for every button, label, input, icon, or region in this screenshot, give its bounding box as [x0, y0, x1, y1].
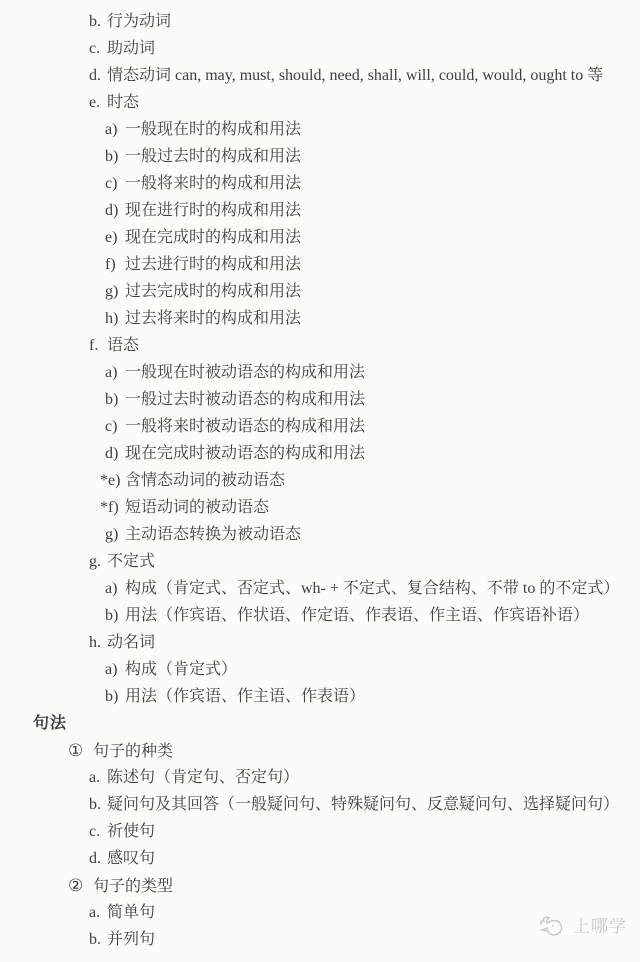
list-item: c.助动词	[0, 35, 640, 62]
line-text: 过去完成时的构成和用法	[125, 283, 301, 300]
line-marker: h)	[105, 305, 125, 332]
line-marker: d.	[89, 845, 107, 872]
list-item: b)一般过去时被动语态的构成和用法	[0, 386, 640, 413]
list-item: d)现在进行时的构成和用法	[0, 197, 640, 224]
line-text: 行为动词	[107, 13, 171, 30]
line-marker: a)	[105, 575, 125, 602]
line-text: 助动词	[107, 40, 155, 57]
list-item: e)现在完成时的构成和用法	[0, 224, 640, 251]
line-marker: a.	[89, 764, 107, 791]
document-page: b.行为动词c.助动词d.情态动词 can, may, must, should…	[0, 0, 640, 962]
line-text: 含情态动词的被动语态	[125, 472, 285, 489]
line-marker: c.	[89, 35, 107, 62]
line-text: 一般现在时的构成和用法	[125, 121, 301, 138]
line-marker: f)	[105, 251, 125, 278]
list-item: b)用法（作宾语、作状语、作定语、作表语、作主语、作宾语补语）	[0, 602, 640, 629]
list-item: d.情态动词 can, may, must, should, need, sha…	[0, 62, 640, 89]
line-text: 句法	[33, 715, 67, 732]
line-marker: b)	[105, 602, 125, 629]
line-text: 主动语态转换为被动语态	[125, 526, 301, 543]
line-marker: b.	[89, 926, 107, 953]
line-marker: b)	[105, 386, 125, 413]
list-item: *e)含情态动词的被动语态	[0, 467, 640, 494]
list-item: f.语态	[0, 332, 640, 359]
line-text: 一般将来时被动语态的构成和用法	[125, 418, 365, 435]
line-marker: b)	[105, 143, 125, 170]
watermark: 上哪学	[538, 913, 627, 940]
list-item: a)一般现在时被动语态的构成和用法	[0, 359, 640, 386]
line-marker: h.	[89, 629, 107, 656]
line-text: 用法（作宾语、作主语、作表语）	[125, 688, 365, 705]
line-marker: g.	[89, 548, 107, 575]
line-text: 过去进行时的构成和用法	[125, 256, 301, 273]
line-text: 过去将来时的构成和用法	[125, 310, 301, 327]
line-text: 句子的类型	[93, 878, 173, 895]
line-marker: ②	[68, 872, 93, 899]
line-text: 现在完成时的构成和用法	[125, 229, 301, 246]
line-text: 并列句	[107, 931, 155, 948]
line-marker: *f)	[100, 494, 125, 521]
section-heading: 句法	[0, 710, 640, 737]
line-text: 一般过去时的构成和用法	[125, 148, 301, 165]
list-item: *f)短语动词的被动语态	[0, 494, 640, 521]
list-item: b)一般过去时的构成和用法	[0, 143, 640, 170]
line-marker: f.	[89, 332, 107, 359]
line-text: 一般将来时的构成和用法	[125, 175, 301, 192]
list-item: d.感叹句	[0, 845, 640, 872]
list-item: b.行为动词	[0, 8, 640, 35]
list-item: g)主动语态转换为被动语态	[0, 521, 640, 548]
line-text: 构成（肯定式、否定式、wh- + 不定式、复合结构、不带 to 的不定式）	[125, 580, 619, 597]
list-item: e.时态	[0, 89, 640, 116]
line-marker: a.	[89, 899, 107, 926]
bird-logo-icon	[538, 914, 568, 940]
list-item: ②句子的类型	[0, 872, 640, 899]
line-text: 时态	[107, 94, 139, 111]
list-item: a)一般现在时的构成和用法	[0, 116, 640, 143]
list-item: ①句子的种类	[0, 737, 640, 764]
line-marker: g)	[105, 521, 125, 548]
line-text: 短语动词的被动语态	[125, 499, 269, 516]
line-marker: a)	[105, 116, 125, 143]
line-marker: d)	[105, 440, 125, 467]
line-marker: d)	[105, 197, 125, 224]
line-text: 祈使句	[107, 823, 155, 840]
list-item: b.疑问句及其回答（一般疑问句、特殊疑问句、反意疑问句、选择疑问句）	[0, 791, 640, 818]
list-item: a.陈述句（肯定句、否定句）	[0, 764, 640, 791]
line-marker: b.	[89, 791, 107, 818]
list-item: g.不定式	[0, 548, 640, 575]
line-marker: c)	[105, 170, 125, 197]
line-text: 疑问句及其回答（一般疑问句、特殊疑问句、反意疑问句、选择疑问句）	[107, 796, 619, 813]
line-marker: e.	[89, 89, 107, 116]
line-text: 一般过去时被动语态的构成和用法	[125, 391, 365, 408]
line-marker: g)	[105, 278, 125, 305]
line-marker: b)	[105, 683, 125, 710]
line-text: 动名词	[107, 634, 155, 651]
line-text: 一般现在时被动语态的构成和用法	[125, 364, 365, 381]
line-text: 情态动词 can, may, must, should, need, shall…	[107, 67, 603, 84]
line-text: 现在完成时被动语态的构成和用法	[125, 445, 365, 462]
list-item: c.祈使句	[0, 818, 640, 845]
outline-list: b.行为动词c.助动词d.情态动词 can, may, must, should…	[0, 0, 640, 953]
list-item: d)现在完成时被动语态的构成和用法	[0, 440, 640, 467]
list-item: b)用法（作宾语、作主语、作表语）	[0, 683, 640, 710]
line-marker: c)	[105, 413, 125, 440]
line-text: 句子的种类	[93, 743, 173, 760]
list-item: g)过去完成时的构成和用法	[0, 278, 640, 305]
line-text: 现在进行时的构成和用法	[125, 202, 301, 219]
line-marker: a)	[105, 359, 125, 386]
list-item: c)一般将来时的构成和用法	[0, 170, 640, 197]
line-marker: d.	[89, 62, 107, 89]
line-text: 陈述句（肯定句、否定句）	[107, 769, 299, 786]
line-marker: *e)	[100, 467, 125, 494]
list-item: c)一般将来时被动语态的构成和用法	[0, 413, 640, 440]
line-marker: ①	[68, 737, 93, 764]
watermark-label: 上哪学	[573, 913, 627, 940]
line-text: 用法（作宾语、作状语、作定语、作表语、作主语、作宾语补语）	[125, 607, 589, 624]
list-item: a)构成（肯定式、否定式、wh- + 不定式、复合结构、不带 to 的不定式）	[0, 575, 640, 602]
list-item: f)过去进行时的构成和用法	[0, 251, 640, 278]
line-marker: a)	[105, 656, 125, 683]
line-text: 简单句	[107, 904, 155, 921]
line-text: 构成（肯定式）	[125, 661, 237, 678]
list-item: h.动名词	[0, 629, 640, 656]
line-marker: c.	[89, 818, 107, 845]
list-item: a)构成（肯定式）	[0, 656, 640, 683]
line-text: 不定式	[107, 553, 155, 570]
line-text: 感叹句	[107, 850, 155, 867]
line-marker: e)	[105, 224, 125, 251]
line-text: 语态	[107, 337, 139, 354]
line-marker: b.	[89, 8, 107, 35]
list-item: h)过去将来时的构成和用法	[0, 305, 640, 332]
